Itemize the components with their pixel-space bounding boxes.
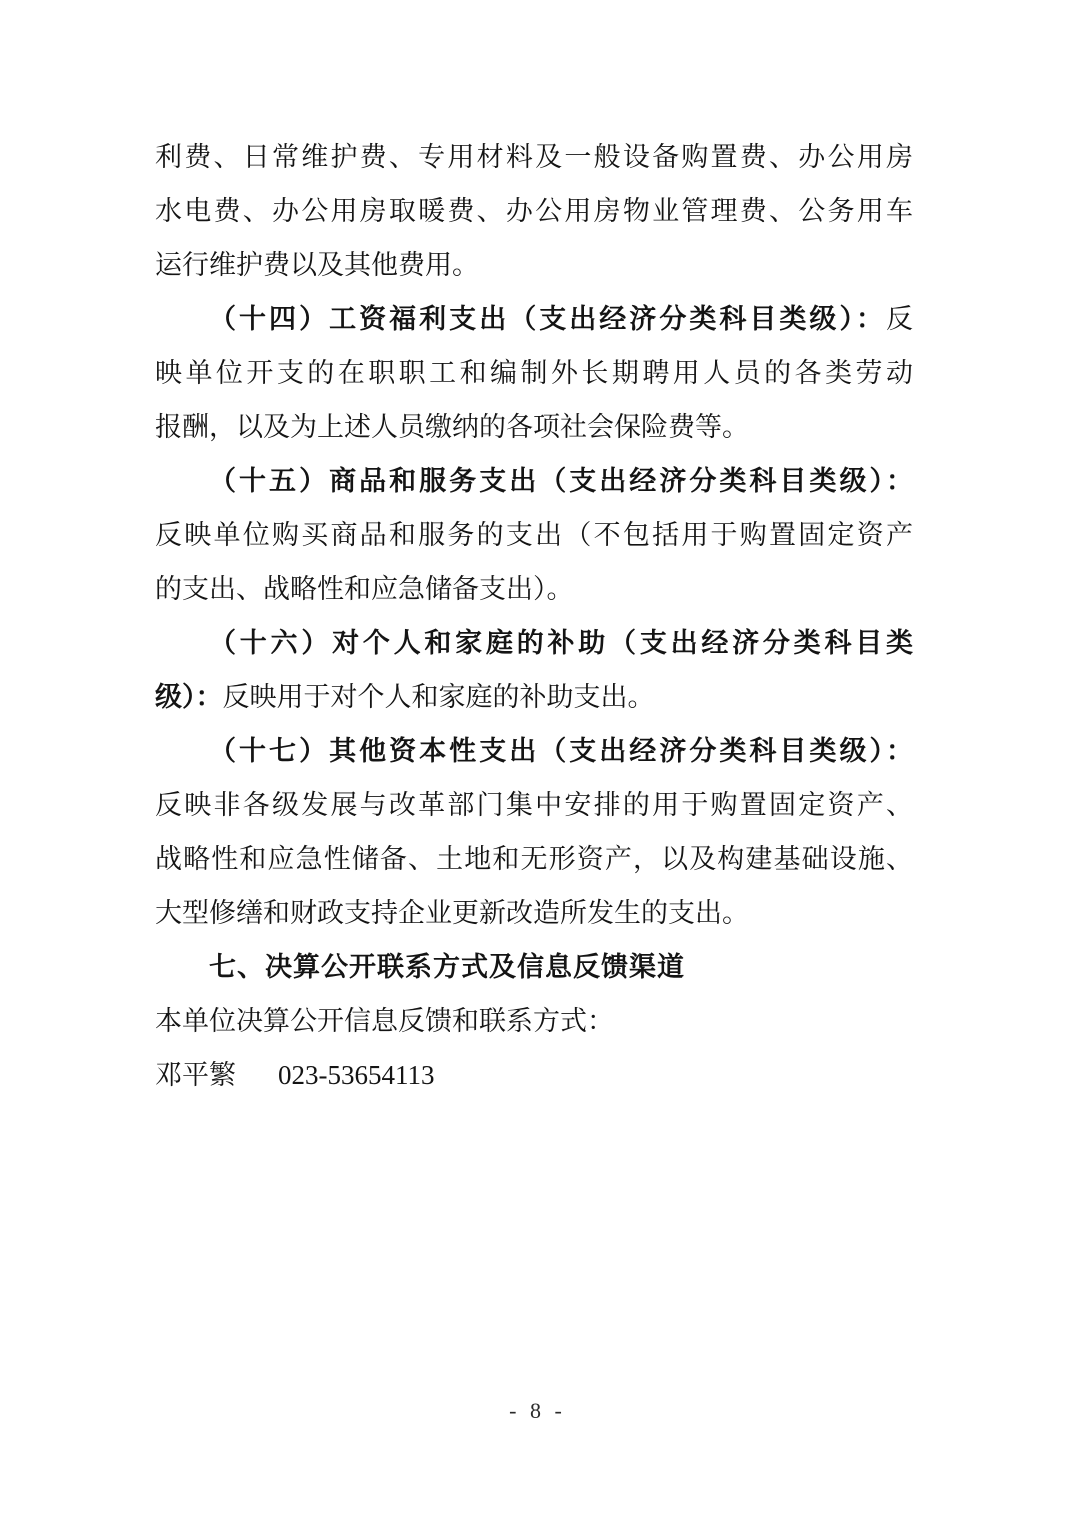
text-run: 报酬，以及为上述人员缴纳的各项社会保险费等。: [155, 412, 749, 442]
text-run: 利费、日常维护费、专用材料及一般设备购置费、办公用房: [155, 142, 913, 172]
section-7-heading: 七、决算公开联系方式及信息反馈渠道: [155, 940, 913, 994]
document-text: 利费、日常维护费、专用材料及一般设备购置费、办公用房水电费、办公用房取暖费、办公…: [155, 130, 913, 1102]
body-line: 水电费、办公用房取暖费、办公用房物业管理费、公务用车: [155, 184, 913, 238]
text-run: （十六）对个人和家庭的补助（支出经济分类科目类: [209, 628, 913, 658]
body-line: 运行维护费以及其他费用。: [155, 238, 913, 292]
body-line: 的支出、战略性和应急储备支出）。: [155, 562, 913, 616]
item-17-heading-line: （十七）其他资本性支出（支出经济分类科目类级）：: [155, 724, 913, 778]
contact-line: 邓平繁023-53654113: [155, 1048, 913, 1102]
contact-name: 邓平繁: [155, 1060, 236, 1090]
item-14-heading-line: （十四）工资福利支出（支出经济分类科目类级）：反: [155, 292, 913, 346]
body-line: 战略性和应急性储备、土地和无形资产，以及构建基础设施、: [155, 832, 913, 886]
body-line: 级）：反映用于对个人和家庭的补助支出。: [155, 670, 913, 724]
body-line: 大型修缮和财政支持企业更新改造所发生的支出。: [155, 886, 913, 940]
body-line: 映单位开支的在职职工和编制外长期聘用人员的各类劳动: [155, 346, 913, 400]
text-run: 级）：: [155, 682, 223, 712]
text-run: 反映用于对个人和家庭的补助支出。: [223, 682, 655, 712]
text-run: 战略性和应急性储备、土地和无形资产，以及构建基础设施、: [155, 844, 913, 874]
text-run: （十五）商品和服务支出（支出经济分类科目类级）：: [209, 466, 913, 496]
text-run: 映单位开支的在职职工和编制外长期聘用人员的各类劳动: [155, 358, 913, 388]
body-line: 利费、日常维护费、专用材料及一般设备购置费、办公用房: [155, 130, 913, 184]
text-run: 本单位决算公开信息反馈和联系方式：: [155, 1006, 614, 1036]
text-run: （十七）其他资本性支出（支出经济分类科目类级）：: [209, 736, 913, 766]
text-run: （十四）工资福利支出（支出经济分类科目类级）：: [209, 304, 886, 334]
text-run: 反映单位购买商品和服务的支出（不包括用于购置固定资产: [155, 520, 913, 550]
text-run: 七、决算公开联系方式及信息反馈渠道: [209, 952, 685, 982]
contact-phone: 023-53654113: [278, 1060, 435, 1090]
document-page: 利费、日常维护费、专用材料及一般设备购置费、办公用房水电费、办公用房取暖费、办公…: [0, 0, 1075, 1520]
text-run: 的支出、战略性和应急储备支出）。: [155, 574, 574, 604]
body-line: 反映单位购买商品和服务的支出（不包括用于购置固定资产: [155, 508, 913, 562]
item-15-heading-line: （十五）商品和服务支出（支出经济分类科目类级）：: [155, 454, 913, 508]
page-number: - 8 -: [0, 1398, 1075, 1424]
body-line: 报酬，以及为上述人员缴纳的各项社会保险费等。: [155, 400, 913, 454]
body-line: 反映非各级发展与改革部门集中安排的用于购置固定资产、: [155, 778, 913, 832]
contact-intro-line: 本单位决算公开信息反馈和联系方式：: [155, 994, 913, 1048]
text-run: 反: [886, 304, 913, 334]
text-run: 水电费、办公用房取暖费、办公用房物业管理费、公务用车: [155, 196, 913, 226]
text-run: 反映非各级发展与改革部门集中安排的用于购置固定资产、: [155, 790, 913, 820]
item-16-heading-line: （十六）对个人和家庭的补助（支出经济分类科目类: [155, 616, 913, 670]
text-run: 运行维护费以及其他费用。: [155, 250, 479, 280]
text-run: 大型修缮和财政支持企业更新改造所发生的支出。: [155, 898, 749, 928]
